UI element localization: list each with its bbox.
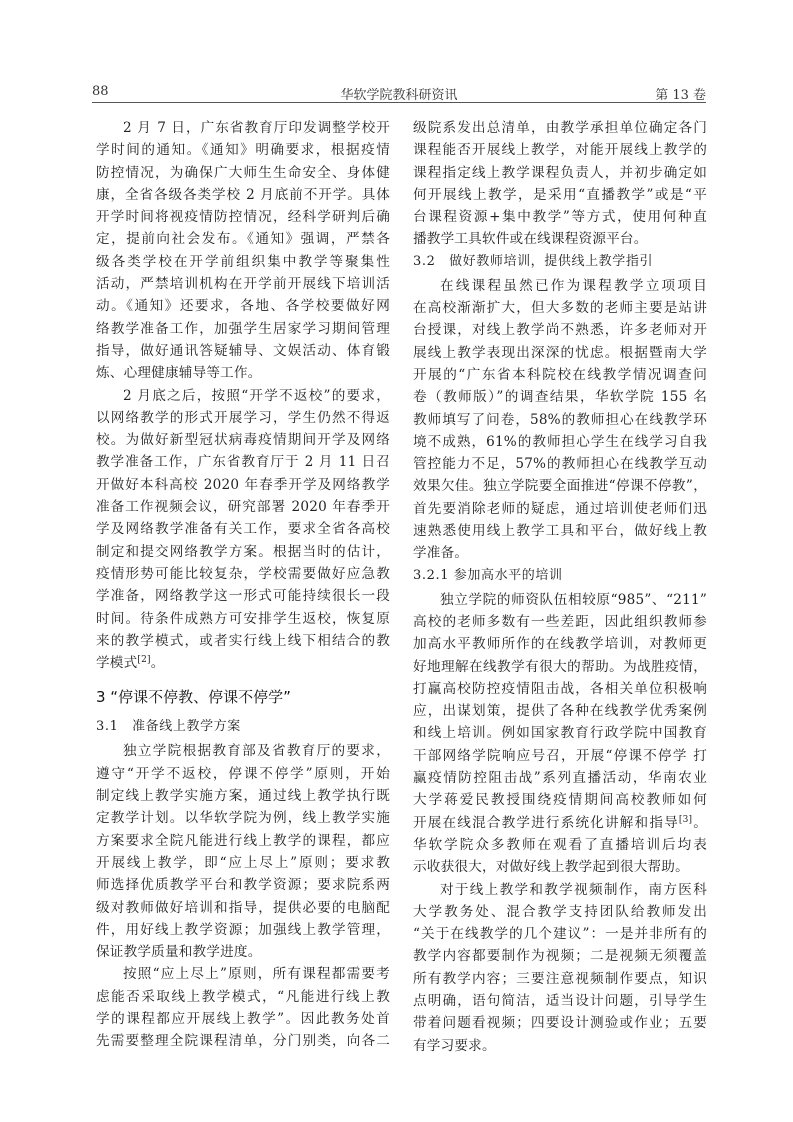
paragraph: 在线课程虽然已作为课程教学立项项目 在高校渐渐扩大，但大多数的老师主要是站讲 台… (413, 275, 707, 565)
text-line: 对于线上教学和教学视频制作，南方医科 (413, 879, 707, 901)
text-line: 有学习要求。 (413, 1035, 707, 1057)
paragraph: 级院系发出总清单，由教学承担单位确定各门 课程能否开展线上教学，对能开展线上教学… (413, 117, 707, 251)
subsection-heading: 3.2 做好教师培训，提供线上教学指引 (413, 251, 707, 275)
text-line: 应，出谋划策，提供了各种在线教学优秀案例 (413, 700, 707, 722)
left-column: 2 月 7 日，广东省教育厅印发调整学校开 学时间的通知。《通知》明确要求，根据… (96, 117, 390, 1053)
text-line: 以网络教学的形式开展学习，学生仍然不得返 (96, 407, 390, 429)
text-line: 按照“应上尽上”原则，所有课程都需要考 (96, 963, 390, 985)
text-line: 准备工作视频会议，研究部署 2020 年春季开 (96, 496, 390, 518)
text-line: 播教学工具软件或在线课程资源平台。 (413, 228, 707, 250)
text-line: 和线上培训。例如国家教育行政学院中国教育 (413, 722, 707, 744)
text-line: 卷（教师版）”的调查结果，华软学院 155 名 (413, 386, 707, 408)
text-line: 学准备，网络教学这一形式可能持续很长一段 (96, 585, 390, 607)
subsubsection-heading: 3.2.1 参加高水平的培训 (413, 565, 707, 589)
text-line: 康，全省各级各类学校 2 月底前不开学。具体 (96, 184, 390, 206)
section-heading: 3 “停课不停教、停课不停学” (96, 678, 390, 716)
text-line: 先需要整理全院课程清单，分门别类，向各二 (96, 1030, 390, 1052)
text-line: 2 月 7 日，广东省教育厅印发调整学校开 (96, 117, 390, 139)
text-line: 开展的“广东省本科院校在线教学情况调查问 (413, 364, 707, 386)
text-line: 方案要求全院凡能进行线上教学的课程，都应 (96, 830, 390, 852)
text-line: 制定线上教学实施方案，通过线上教学执行既 (96, 785, 390, 807)
text-line: 点明确，语句简洁，适当设计问题，引导学生 (413, 990, 707, 1012)
text-line: 防控情况，为确保广大师生生命安全、身体健 (96, 162, 390, 184)
text-line: 首先要消除老师的疑虑，通过培训使老师们迅 (413, 498, 707, 520)
text-line: 赢疫情防控阻击战”系列直播活动，华南农业 (413, 767, 707, 789)
subsection-heading: 3.1 准备线上教学方案 (96, 716, 390, 740)
paragraph: 独立学院根据教育部及省教育厅的要求， 遵守“开学不返校，停课不停学”原则，开始 … (96, 740, 390, 963)
text-line: 带着问题看视频；四要设计测验或作业；五要 (413, 1012, 707, 1034)
text-line: 展线上教学表现出深深的忧虑。根据暨南大学 (413, 342, 707, 364)
header-rule (92, 102, 706, 103)
text-line: 课程能否开展线上教学，对能开展线上教学的 (413, 139, 707, 161)
text-line: 虑能否采取线上教学模式，“凡能进行线上教 (96, 986, 390, 1008)
text-line: 干部网络学院响应号召，开展“停课不停学 打 (413, 745, 707, 767)
text-line: 师选择优质教学平台和教学资源；要求院系两 (96, 874, 390, 896)
text-line: 效果欠佳。独立学院要全面推进“停课不停教”， (413, 475, 707, 497)
text-line: 台课程资源+集中教学”等方式，使用何种直 (413, 206, 707, 228)
right-column: 级院系发出总清单，由教学承担单位确定各门 课程能否开展线上教学，对能开展线上教学… (413, 117, 707, 1057)
text-line: 速熟悉使用线上教学工具和平台，做好线上教 (413, 520, 707, 542)
citation[interactable]: [3] (679, 815, 692, 825)
volume-label: 第 13 卷 (655, 84, 706, 103)
citation[interactable]: [2] (137, 655, 150, 665)
running-header: 88 华软学院教科研资讯 第 13 卷 (92, 82, 706, 102)
text-line: 教学内容都要制作为视频；二是视频无须覆盖 (413, 945, 707, 967)
text-line: 课程指定线上教学课程负责人，并初步确定如 (413, 162, 707, 184)
text-line: 级对教师做好培训和指导，提供必要的电脑配 (96, 897, 390, 919)
paragraph: 对于线上教学和教学视频制作，南方医科 大学教务处、混合教学支持团队给教师发出 “… (413, 879, 707, 1057)
text-line: 示收获很大，对做好线上教学起到很大帮助。 (413, 856, 707, 878)
text-line: 2 月底之后，按照“开学不返校”的要求， (96, 385, 390, 407)
text-line: 高校的老师多数有一些差距，因此组织教师参 (413, 611, 707, 633)
text-line: 加高水平教师所作的在线教学培训，对教师更 (413, 633, 707, 655)
text-line: 络教学准备工作，加强学生居家学习期间管理 (96, 318, 390, 340)
text-line: 开展线上教学，即“应上尽上”原则；要求教 (96, 852, 390, 874)
text-line: 级院系发出总清单，由教学承担单位确定各门 (413, 117, 707, 139)
text-line: 时间。待条件成熟方可安排学生返校，恢复原 (96, 608, 390, 630)
text-line: 大学教务处、混合教学支持团队给教师发出 (413, 901, 707, 923)
text-line: 台授课，对线上教学尚不熟悉，许多老师对开 (413, 319, 707, 341)
text-line: 开展在线混合教学进行系统化讲解和指导[3]。 (413, 812, 707, 834)
text-line: 指导，做好通讯答疑辅导、文娱活动、体育锻 (96, 340, 390, 362)
text-line: 活动，严禁培训机构在开学前开展线下培训活 (96, 273, 390, 295)
text-line: 在线课程虽然已作为课程教学立项项目 (413, 275, 707, 297)
text-line: 打赢高校防控疫情阻击战，各相关单位积极响 (413, 678, 707, 700)
text-line: 开做好本科高校 2020 年春季开学及网络教学 (96, 474, 390, 496)
text-line: 疫情形势可能比较复杂，学校需要做好应急教 (96, 563, 390, 585)
text-line: 来的教学模式，或者实行线上线下相结合的教 (96, 630, 390, 652)
text-line: 定，提前向社会发布。《通知》强调，严禁各 (96, 228, 390, 250)
text-line: 学及网络教学准备有关工作，要求全省各高校 (96, 518, 390, 540)
text-span: 学模式 (96, 655, 137, 671)
journal-title: 华软学院教科研资讯 (92, 84, 706, 103)
text-line: 何开展线上教学，是采用“直播教学”或是“平 (413, 184, 707, 206)
text-line: 级各类学校在开学前组织集中教学等聚集性 (96, 251, 390, 273)
text-line: 教学准备工作，广东省教育厅于 2 月 11 日召 (96, 451, 390, 473)
text-span: 开展在线混合教学进行系统化讲解和指导 (413, 815, 679, 831)
text-line: 开学时间将视疫情防控情况，经科学研判后确 (96, 206, 390, 228)
text-line: 学的课程都应开展线上教学”。因此教务处首 (96, 1008, 390, 1030)
text-line: 学准备。 (413, 542, 707, 564)
text-line: 所有教学内容；三要注意视频制作要点，知识 (413, 968, 707, 990)
paragraph: 2 月底之后，按照“开学不返校”的要求， 以网络教学的形式开展学习，学生仍然不得… (96, 385, 390, 675)
text-line: 炼、心理健康辅导等工作。 (96, 362, 390, 384)
text-line: 在高校渐渐扩大，但大多数的老师主要是站讲 (413, 297, 707, 319)
paragraph: 独立学院的师资队伍相较原“985”、“211” 高校的老师多数有一些差距，因此组… (413, 589, 707, 879)
text-line: 学模式[2]。 (96, 652, 390, 674)
text-line: 校。为做好新型冠状病毒疫情期间开学及网络 (96, 429, 390, 451)
text-line: 件，用好线上教学资源；加强线上教学管理， (96, 919, 390, 941)
text-line: 好地理解在线教学有很大的帮助。为战胜疫情， (413, 656, 707, 678)
text-span: 。 (151, 655, 165, 671)
text-line: 学时间的通知。《通知》明确要求，根据疫情 (96, 139, 390, 161)
text-line: 境不成熟，61%的教师担心学生在线学习自我 (413, 431, 707, 453)
text-line: 管控能力不足，57%的教师担心在线教学互动 (413, 453, 707, 475)
paragraph: 2 月 7 日，广东省教育厅印发调整学校开 学时间的通知。《通知》明确要求，根据… (96, 117, 390, 385)
text-line: 教师填写了问卷，58%的教师担心在线教学环 (413, 409, 707, 431)
text-line: 保证教学质量和教学进度。 (96, 941, 390, 963)
text-line: 动。《通知》还要求，各地、各学校要做好网 (96, 295, 390, 317)
text-line: 遵守“开学不返校，停课不停学”原则，开始 (96, 763, 390, 785)
text-line: 大学蒋爱民教授围绕疫情期间高校教师如何 (413, 789, 707, 811)
text-line: 独立学院的师资队伍相较原“985”、“211” (413, 589, 707, 611)
text-line: 独立学院根据教育部及省教育厅的要求， (96, 740, 390, 762)
text-line: “关于在线教学的几个建议”：一是并非所有的 (413, 923, 707, 945)
paragraph: 按照“应上尽上”原则，所有课程都需要考 虑能否采取线上教学模式，“凡能进行线上教… (96, 963, 390, 1052)
text-line: 华软学院众多教师在观看了直播培训后均表 (413, 834, 707, 856)
text-line: 制定和提交网络教学方案。根据当时的估计， (96, 541, 390, 563)
text-line: 定教学计划。以华软学院为例，线上教学实施 (96, 807, 390, 829)
text-span: 。 (692, 815, 707, 831)
